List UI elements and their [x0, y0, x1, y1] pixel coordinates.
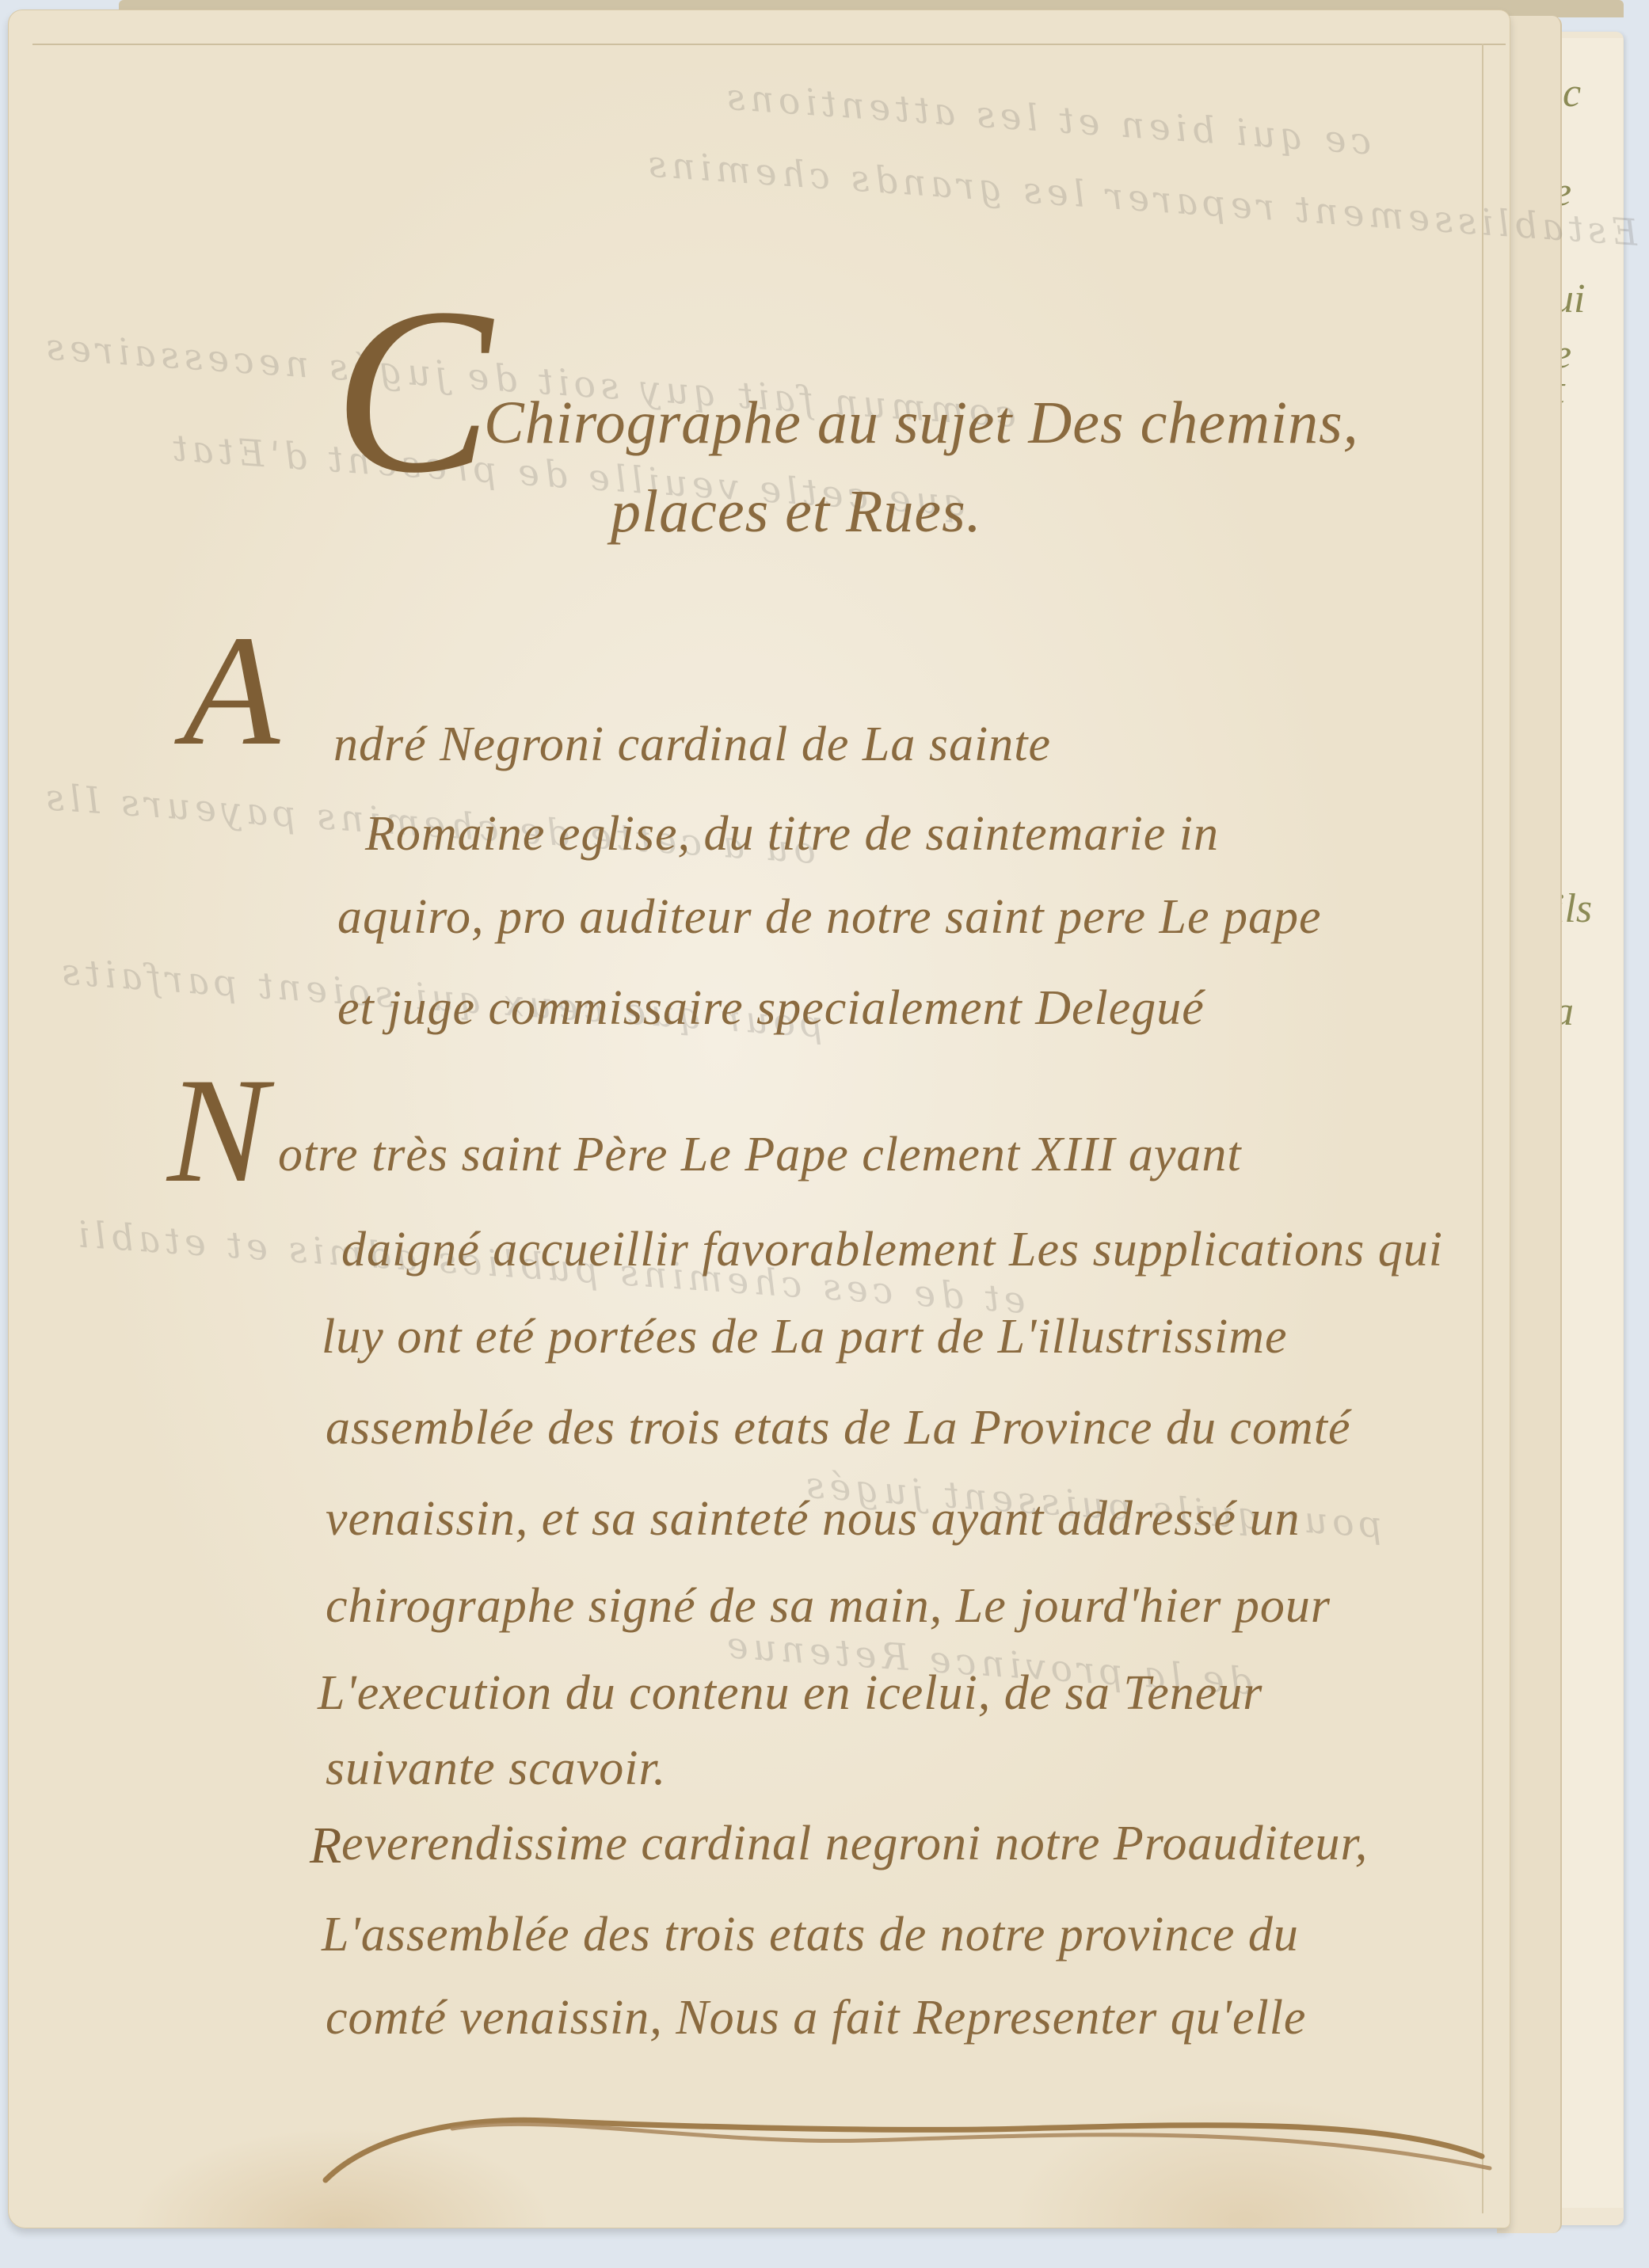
- title-initial-c: C: [333, 272, 492, 509]
- paragraph-1-line: ndré Negroni cardinal de La sainte: [333, 717, 1051, 773]
- back-sheet-inner: c e ui e t ils a: [1552, 38, 1623, 2208]
- paragraph-2-line: L'execution du contenu en icelui, de sa …: [318, 1665, 1262, 1722]
- edge-fragment: c: [1563, 70, 1581, 116]
- bleed-through-text: ce qui bien et les attentions: [721, 74, 1373, 162]
- dropcap-n: N: [167, 1056, 268, 1206]
- ink-flourish: [310, 2085, 1545, 2196]
- dropcap-r: R: [310, 1816, 342, 1876]
- margin-fold-line: [1482, 44, 1483, 2213]
- paragraph-2-line: suivante scavoir.: [326, 1741, 666, 1797]
- paragraph-2-line: assemblée des trois etats de La Province…: [326, 1400, 1350, 1456]
- paragraph-2-line: venaissin, et sa sainteté nous ayant add…: [326, 1491, 1300, 1547]
- paragraph-2-line: chirographe signé de sa main, Le jourd'h…: [326, 1578, 1331, 1634]
- paragraph-1-line: Romaine eglise, du titre de saintemarie …: [365, 806, 1219, 862]
- page-fold-line: [32, 44, 1506, 45]
- manuscript-page: ce qui bien et les attentions Establisse…: [8, 10, 1510, 2228]
- paragraph-1-line: et juge commissaire specialement Delegué: [337, 980, 1205, 1037]
- paragraph-3-line: comté venaissin, Nous a fait Representer…: [326, 1990, 1306, 2046]
- paragraph-3-line: everendissime cardinal negroni notre Pro…: [341, 1816, 1368, 1872]
- paragraph-2-line: daigné accueillir favorablement Les supp…: [341, 1222, 1443, 1278]
- paragraph-2-line: luy ont eté portées de La part de L'illu…: [322, 1309, 1288, 1365]
- paragraph-1-line: aquiro, pro auditeur de notre saint pere…: [337, 889, 1322, 946]
- paragraph-3-line: L'assemblée des trois etats de notre pro…: [322, 1907, 1299, 1963]
- document-title-line-2: places et Rues.: [611, 478, 982, 546]
- paragraph-2-line: otre très saint Père Le Pape clement XII…: [278, 1127, 1242, 1183]
- dropcap-a: A: [183, 612, 280, 771]
- bleed-through-text: Establissement reparer les grands chemin…: [642, 142, 1639, 254]
- document-title-line-1: Chirographe au sujet Des chemins,: [484, 389, 1359, 458]
